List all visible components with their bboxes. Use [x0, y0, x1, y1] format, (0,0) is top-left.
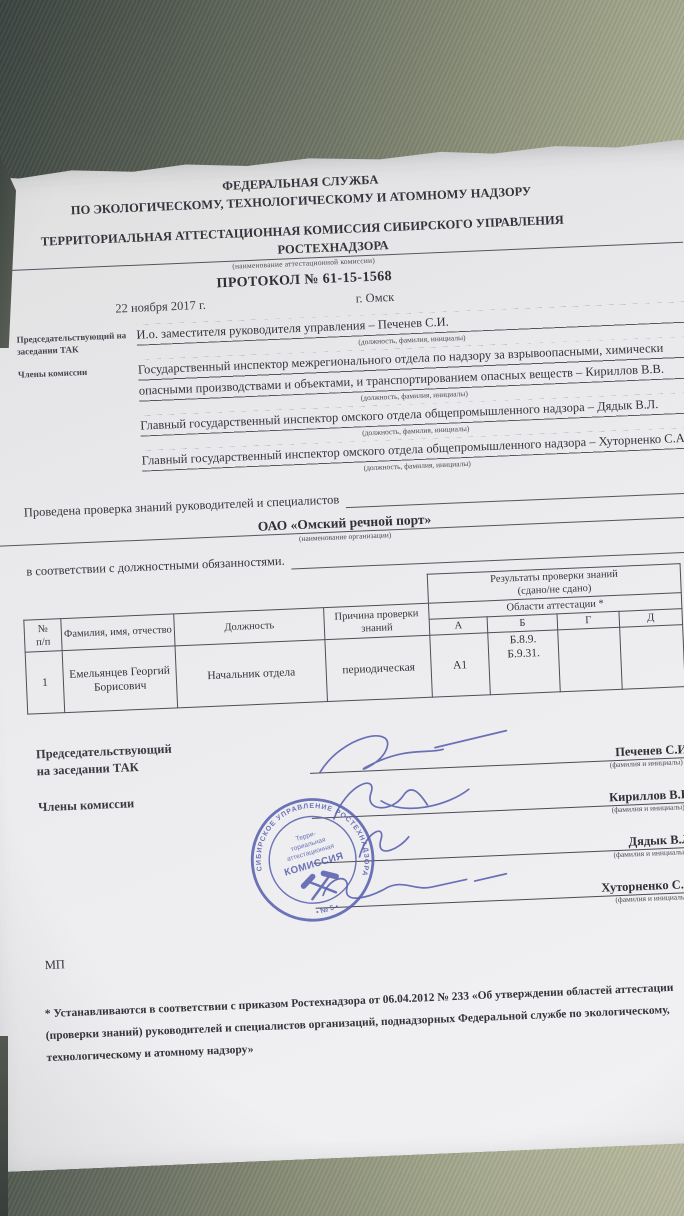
members-label-spacer	[0, 451, 143, 488]
row-name: Емельянцев Георгий Борисович	[62, 646, 177, 713]
check-suffix-text: в соответствии с должностными обязанност…	[26, 553, 285, 581]
row-area-g	[558, 627, 623, 692]
col-header-num: № п/п	[24, 619, 62, 653]
paper-sheet: ФЕДЕРАЛЬНАЯ СЛУЖБА ПО ЭКОЛОГИЧЕСКОМУ, ТЕ…	[0, 132, 684, 1173]
fabric-sliver-bottom-left	[0, 1036, 8, 1216]
row-num: 1	[25, 651, 65, 714]
signatures-block: Председательствующий на заседании ТАК Пе…	[3, 712, 684, 921]
row-area-d	[620, 625, 684, 690]
row-reason: периодическая	[325, 635, 433, 701]
row-area-a: А1	[430, 633, 491, 697]
protocol-date: 22 ноября 2017 г.	[115, 296, 206, 318]
members-label: Члены комиссии	[0, 360, 140, 418]
results-table: Результаты проверки знаний (сдано/не сда…	[22, 563, 684, 714]
footnote: * Устанавливаются в соответствии с прика…	[44, 975, 684, 1069]
chairman-label: Председательствующий на заседании ТАК	[0, 325, 137, 362]
row-position: Начальник отдела	[175, 640, 327, 708]
row-area-b: Б.8.9. Б.9.31.	[488, 630, 561, 695]
protocol-city: г. Омск	[355, 288, 394, 308]
num-header-line2: п/п	[27, 635, 60, 649]
document-content: ФЕДЕРАЛЬНАЯ СЛУЖБА ПО ЭКОЛОГИЧЕСКОМУ, ТЕ…	[0, 138, 684, 1071]
photo-of-document: ФЕДЕРАЛЬНАЯ СЛУЖБА ПО ЭКОЛОГИЧЕСКОМУ, ТЕ…	[0, 0, 684, 1216]
seal-place-label: МП	[44, 930, 684, 973]
members-label-spacer	[0, 416, 141, 453]
col-header-name: Фамилия, имя, отчество	[61, 614, 175, 651]
col-header-reason: Причина проверки знаний	[324, 603, 430, 639]
sig-chairman-label: Председательствующий на заседании ТАК	[4, 734, 310, 781]
sig-caption-4: (фамилия и инициалы)	[615, 892, 684, 904]
row-area-b-line2: Б.9.31.	[491, 645, 557, 662]
signature-khutornenko	[314, 854, 546, 916]
